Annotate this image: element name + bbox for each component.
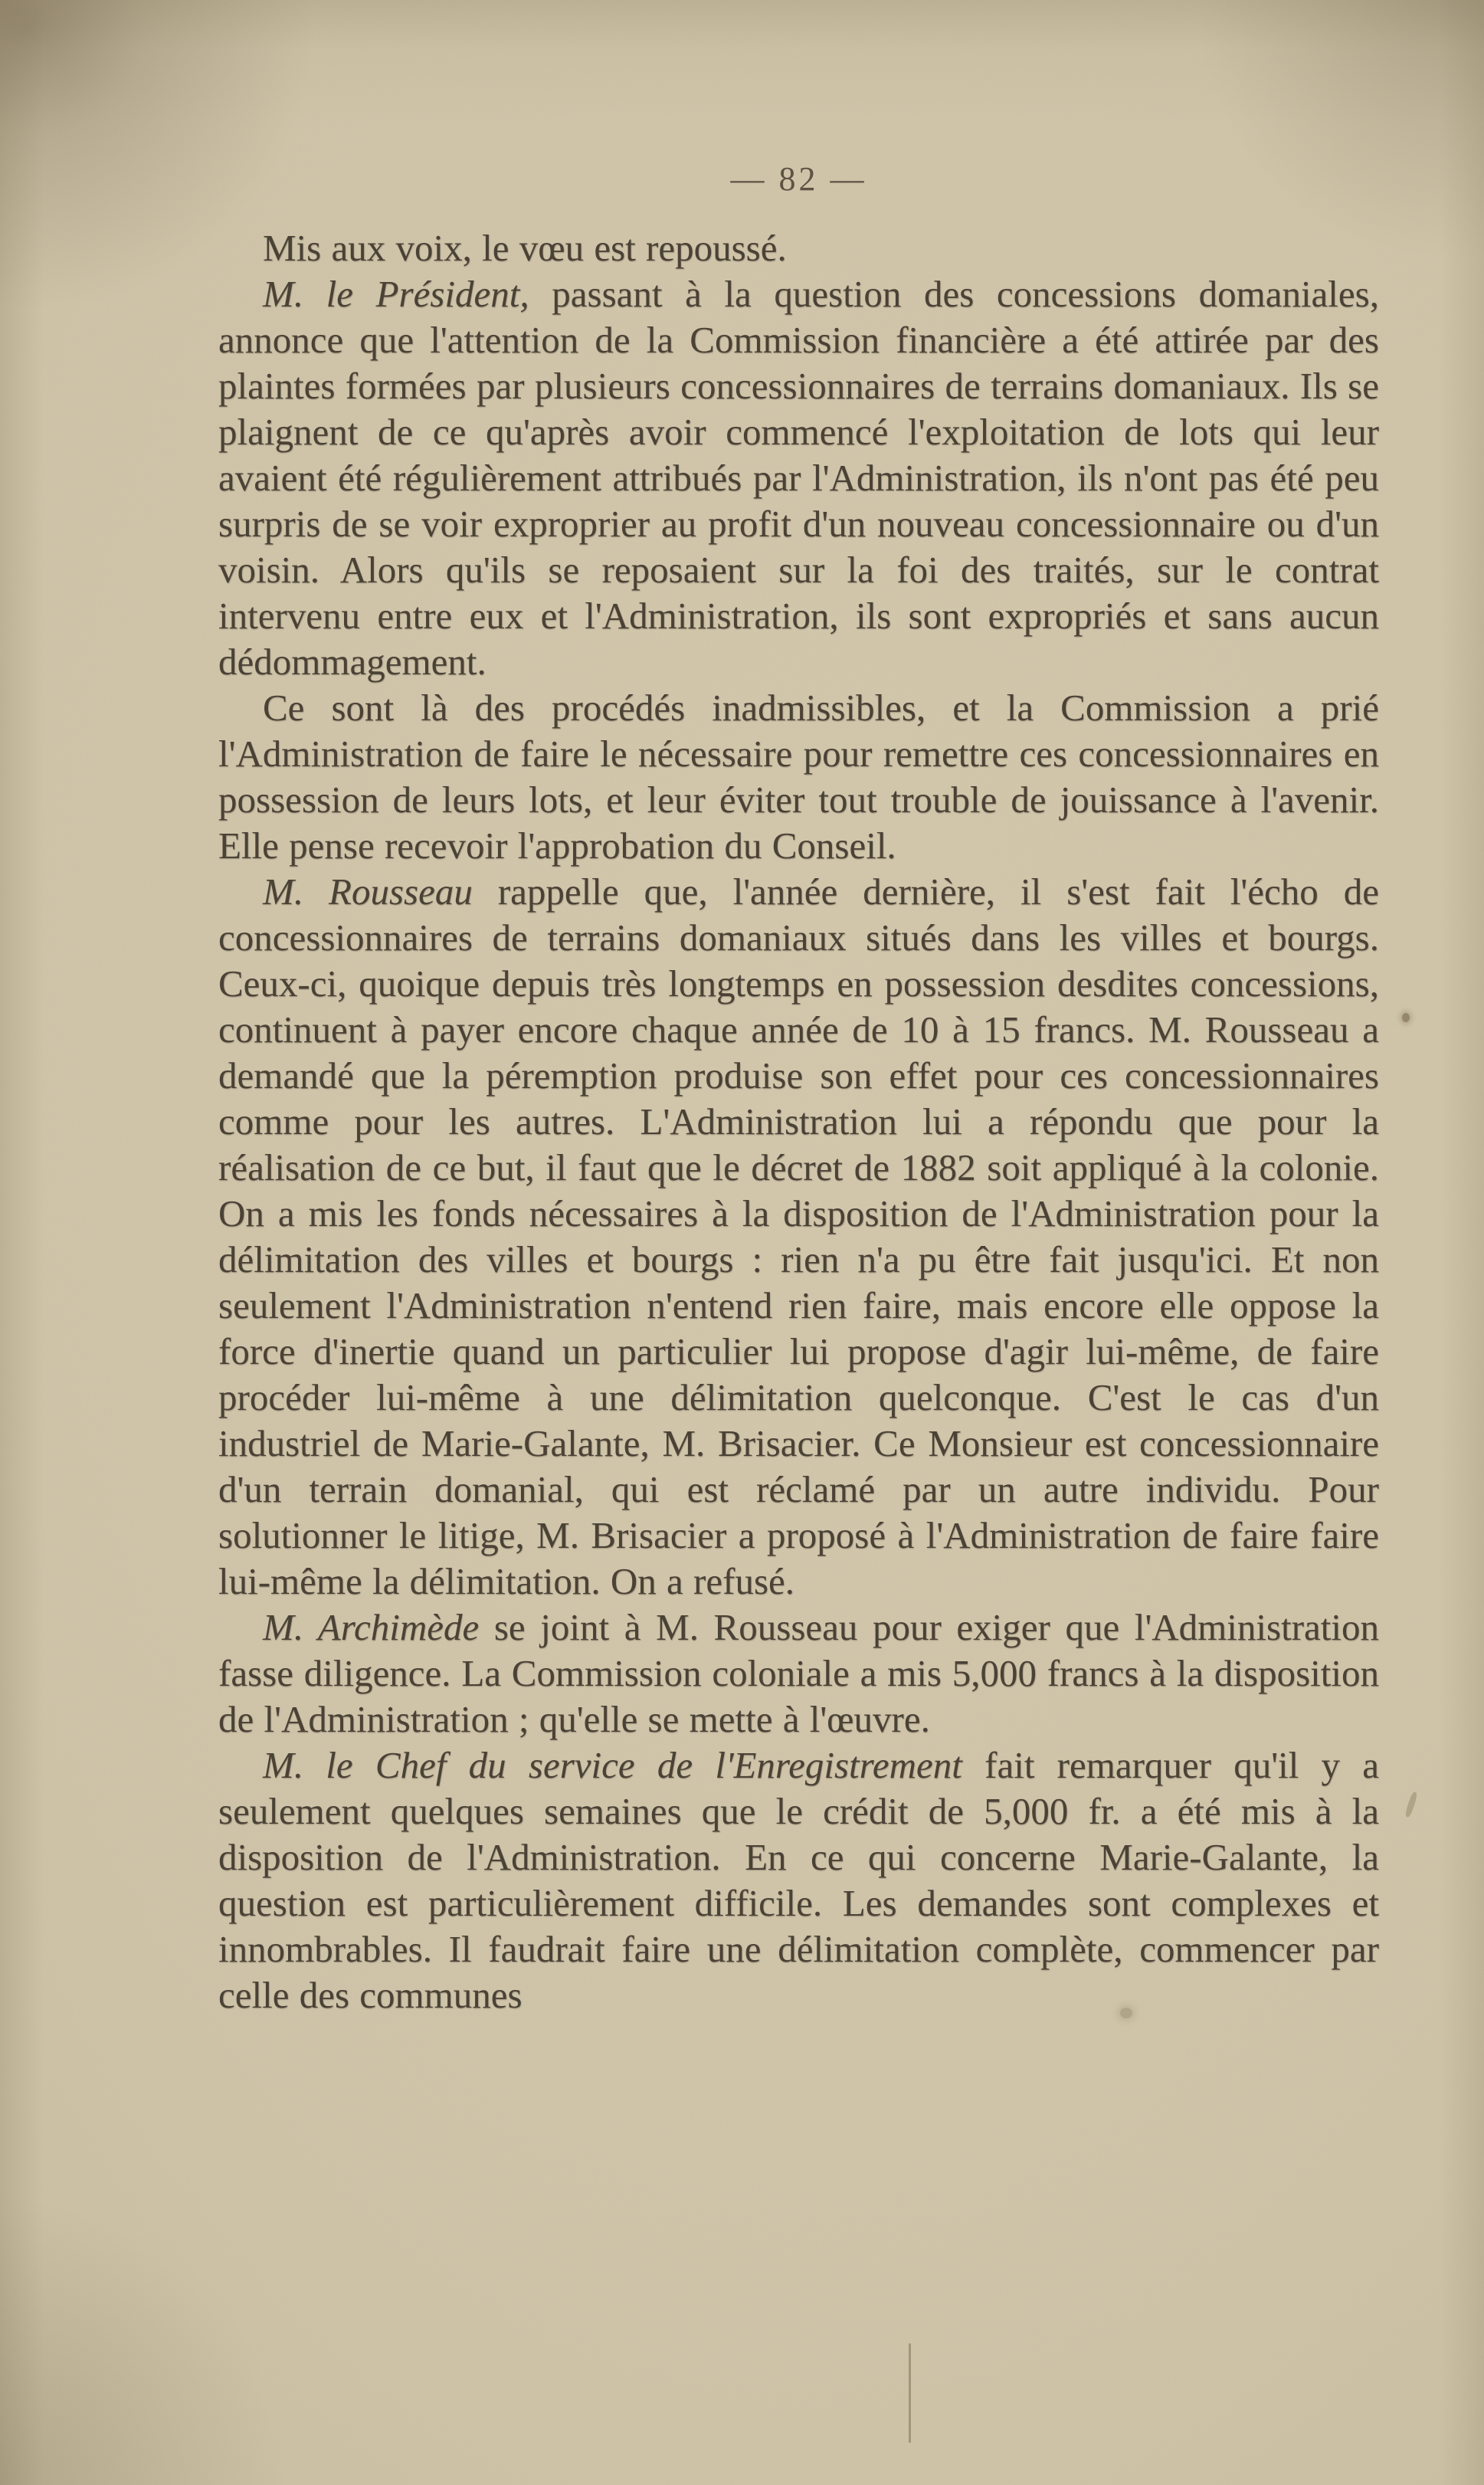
paragraph-text: passant à la question des concessions do… [218, 273, 1379, 683]
paragraph-text: rappelle que, l'année dernière, il s'est… [218, 870, 1379, 1602]
paragraph-president: M. le Président, passant à la question d… [218, 271, 1379, 685]
paragraph-rousseau: M. Rousseau rappelle que, l'année derniè… [218, 869, 1379, 1605]
paragraph-archimede: M. Archimède se joint à M. Rousseau pour… [218, 1605, 1379, 1742]
paragraph-chef-enregistrement: M. le Chef du service de l'Enregistremen… [218, 1742, 1379, 2018]
speaker-name: M. le Chef du service de l'Enregistremen… [263, 1744, 962, 1786]
page-number: — 82 — [218, 159, 1379, 198]
paragraph-text: Mis aux voix, le vœu est repoussé. [263, 227, 787, 269]
document-text-block: Mis aux voix, le vœu est repoussé. M. le… [218, 225, 1379, 2018]
paragraph-vote-result: Mis aux voix, le vœu est repoussé. [218, 225, 1379, 271]
scanned-document-page: — 82 — Mis aux voix, le vœu est repoussé… [0, 0, 1484, 2485]
paragraph-commission: Ce sont là des procédés inadmissibles, e… [218, 685, 1379, 869]
paragraph-text: Ce sont là des procédés inadmissibles, e… [218, 687, 1379, 867]
paper-crease-line [909, 2343, 911, 2443]
speaker-name: M. Rousseau [263, 870, 473, 913]
paper-stain [1402, 1013, 1410, 1022]
paper-stain [1404, 1792, 1418, 1818]
speaker-name: M. Archimède [263, 1606, 479, 1648]
speaker-name: M. le Président, [263, 273, 529, 315]
